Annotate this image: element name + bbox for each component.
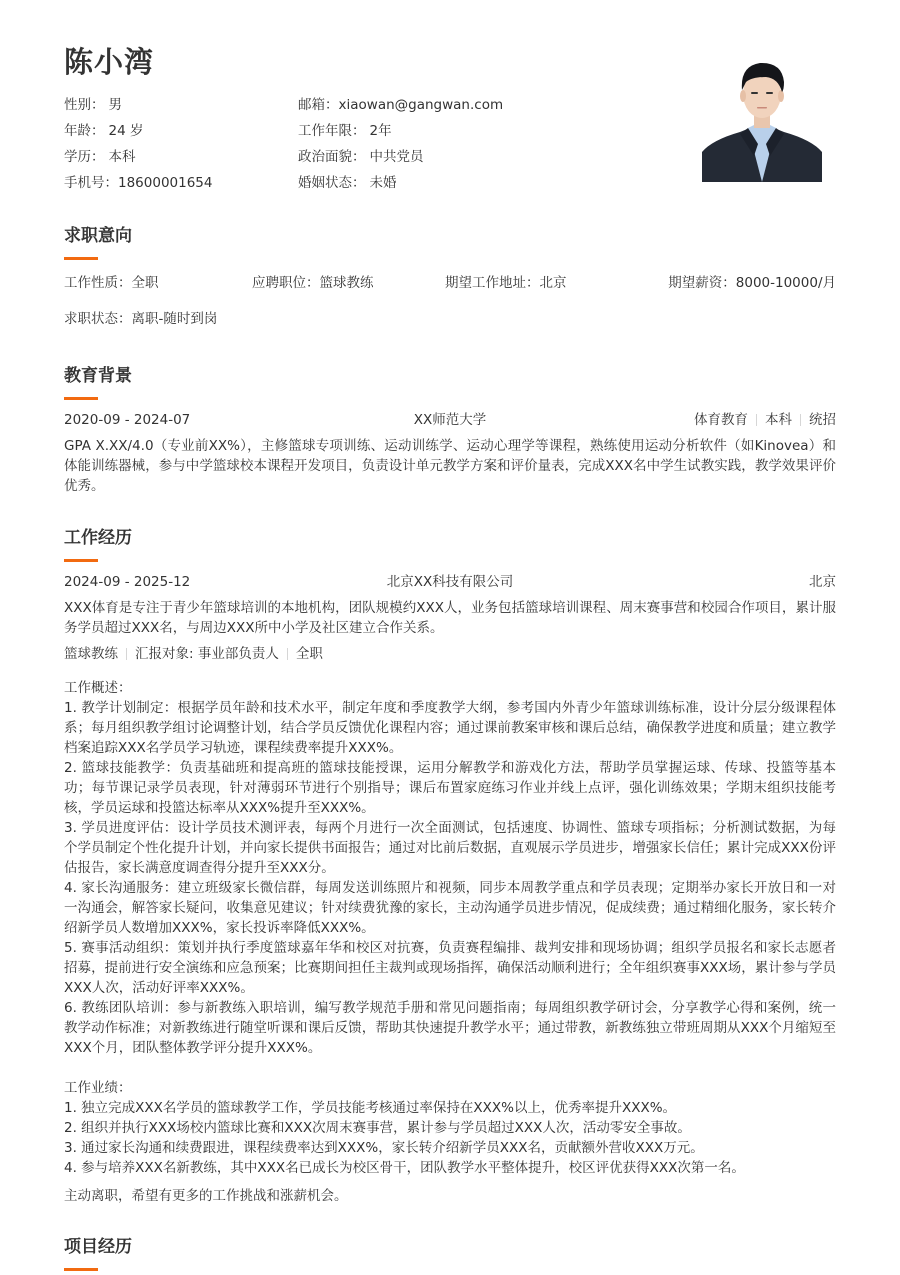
info-phone: 手机号：18600001654: [64, 172, 298, 198]
overview-item: 6. 教练团队培训：参与新教练入职培训，编写教学规范手册和常见问题指南；每周组织…: [64, 998, 836, 1058]
overview-item: 5. 赛事活动组织：策划并执行季度篮球嘉年华和校区对抗赛，负责赛程编排、裁判安排…: [64, 938, 836, 998]
intent-status: 求职状态：离职-随时到岗: [64, 309, 836, 329]
info-row: 年龄：24 岁 工作年限：2年: [64, 120, 684, 146]
intent-value: 离职-随时到岗: [132, 311, 218, 327]
info-label: 邮箱：: [298, 97, 339, 113]
info-label: 婚姻状态：: [298, 175, 366, 191]
intent-value: 8000-10000/月: [736, 275, 836, 291]
info-label: 政治面貌：: [298, 149, 366, 165]
intent-label: 应聘职位：: [252, 275, 320, 291]
separator: [126, 648, 127, 660]
education-meta: 体育教育本科统招: [694, 410, 836, 430]
section-title: 教育背景: [64, 364, 836, 388]
info-row: 性别：男 邮箱：xiaowan@gangwan.com: [64, 94, 684, 120]
section-underline: [64, 1268, 98, 1271]
info-value: 2年: [370, 123, 392, 139]
intent-job-type: 工作性质：全职: [64, 273, 252, 293]
section-title: 工作经历: [64, 526, 836, 550]
section-underline: [64, 397, 98, 400]
education-description: GPA X.XX/4.0（专业前XX%），主修篮球专项训练、运动训练学、运动心理…: [64, 436, 836, 496]
work-city: 北京: [809, 572, 836, 592]
education-major: 体育教育: [694, 412, 748, 428]
separator: [756, 414, 757, 426]
info-label: 学历：: [64, 149, 105, 165]
achievement-item: 3. 通过家长沟通和续费跟进，课程续费率达到XXX%，家长转介绍新学员XXX名，…: [64, 1138, 836, 1158]
intent-value: 北京: [540, 275, 567, 291]
section-work: 工作经历 2024-09 - 2025-12 北京XX科技有限公司 北京 XXX…: [64, 526, 836, 1206]
section-job-intent: 求职意向 工作性质：全职 应聘职位：篮球教练 期望工作地址：北京 期望薪资：80…: [64, 224, 836, 329]
work-tag-role: 篮球教练: [64, 646, 118, 662]
intent-value: 篮球教练: [320, 275, 374, 291]
work-tag-report: 汇报对象: 事业部负责人: [135, 646, 279, 662]
section-project: 项目经历: [64, 1235, 836, 1271]
info-value: 本科: [109, 149, 136, 165]
company-description: XXX体育是专注于青少年篮球培训的本地机构，团队规模约XXX人，业务包括篮球培训…: [64, 598, 836, 638]
overview-item: 3. 学员进度评估：设计学员技术测评表，每两个月进行一次全面测试，包括速度、协调…: [64, 818, 836, 878]
info-age: 年龄：24 岁: [64, 120, 298, 146]
info-value: 中共党员: [370, 149, 424, 165]
info-label: 手机号：: [64, 175, 118, 191]
work-period: 2024-09 - 2025-12: [64, 572, 190, 592]
info-work-years: 工作年限：2年: [298, 120, 598, 146]
info-row: 手机号：18600001654 婚姻状态：未婚: [64, 172, 684, 198]
intent-value: 全职: [132, 275, 159, 291]
achievement-item: 2. 组织并执行XXX场校内篮球比赛和XXX次周末赛事营，累计参与学员超过XXX…: [64, 1118, 836, 1138]
section-title: 求职意向: [64, 224, 836, 248]
info-marital: 婚姻状态：未婚: [298, 172, 598, 198]
person-portrait-icon: [702, 52, 822, 182]
info-value: 未婚: [370, 175, 397, 191]
overview-title: 工作概述：: [64, 678, 836, 698]
education-header: 2020-09 - 2024-07 XX师范大学 体育教育本科统招: [64, 410, 836, 430]
info-label: 性别：: [64, 97, 105, 113]
info-political: 政治面貌：中共党员: [298, 146, 598, 172]
candidate-name: 陈小湾: [64, 40, 154, 81]
education-degree: 本科: [765, 412, 792, 428]
work-header: 2024-09 - 2025-12 北京XX科技有限公司 北京: [64, 572, 836, 592]
section-underline: [64, 257, 98, 260]
intent-row: 工作性质：全职 应聘职位：篮球教练 期望工作地址：北京 期望薪资：8000-10…: [64, 273, 836, 293]
achievement-item: 1. 独立完成XXX名学员的篮球教学工作，学员技能考核通过率保持在XXX%以上，…: [64, 1098, 836, 1118]
info-label: 年龄：: [64, 123, 105, 139]
profile-photo: [702, 52, 822, 182]
intent-label: 期望薪资：: [668, 275, 736, 291]
education-type: 统招: [809, 412, 836, 428]
separator: [800, 414, 801, 426]
basic-info: 性别：男 邮箱：xiaowan@gangwan.com 年龄：24 岁 工作年限…: [64, 94, 684, 198]
info-value: 24 岁: [109, 123, 144, 139]
separator: [287, 648, 288, 660]
intent-label: 期望工作地址：: [445, 275, 540, 291]
education-period: 2020-09 - 2024-07: [64, 410, 190, 430]
work-tags: 篮球教练汇报对象: 事业部负责人全职: [64, 644, 836, 664]
section-education: 教育背景 2020-09 - 2024-07 XX师范大学 体育教育本科统招 G…: [64, 364, 836, 496]
overview-item: 2. 篮球技能教学：负责基础班和提高班的篮球技能授课，运用分解教学和游戏化方法，…: [64, 758, 836, 818]
leave-reason: 主动离职，希望有更多的工作挑战和涨薪机会。: [64, 1186, 836, 1206]
info-email: 邮箱：xiaowan@gangwan.com: [298, 94, 598, 120]
info-education: 学历：本科: [64, 146, 298, 172]
work-tag-type: 全职: [296, 646, 323, 662]
section-title: 项目经历: [64, 1235, 836, 1259]
overview-item: 4. 家长沟通服务：建立班级家长微信群，每周发送训练照片和视频，同步本周教学重点…: [64, 878, 836, 938]
intent-location: 期望工作地址：北京: [445, 273, 660, 293]
info-gender: 性别：男: [64, 94, 298, 120]
section-underline: [64, 559, 98, 562]
intent-label: 求职状态：: [64, 311, 132, 327]
info-value: 18600001654: [118, 175, 212, 191]
info-row: 学历：本科 政治面貌：中共党员: [64, 146, 684, 172]
achievements-title: 工作业绩：: [64, 1078, 836, 1098]
overview-item: 1. 教学计划制定：根据学员年龄和技术水平，制定年度和季度教学大纲，参考国内外青…: [64, 698, 836, 758]
info-label: 工作年限：: [298, 123, 366, 139]
info-value: 男: [109, 97, 123, 113]
info-value: xiaowan@gangwan.com: [339, 97, 504, 113]
intent-position: 应聘职位：篮球教练: [252, 273, 445, 293]
intent-label: 工作性质：: [64, 275, 132, 291]
achievement-item: 4. 参与培养XXX名新教练，其中XXX名已成长为校区骨干，团队教学水平整体提升…: [64, 1158, 836, 1178]
intent-salary: 期望薪资：8000-10000/月: [660, 273, 836, 293]
